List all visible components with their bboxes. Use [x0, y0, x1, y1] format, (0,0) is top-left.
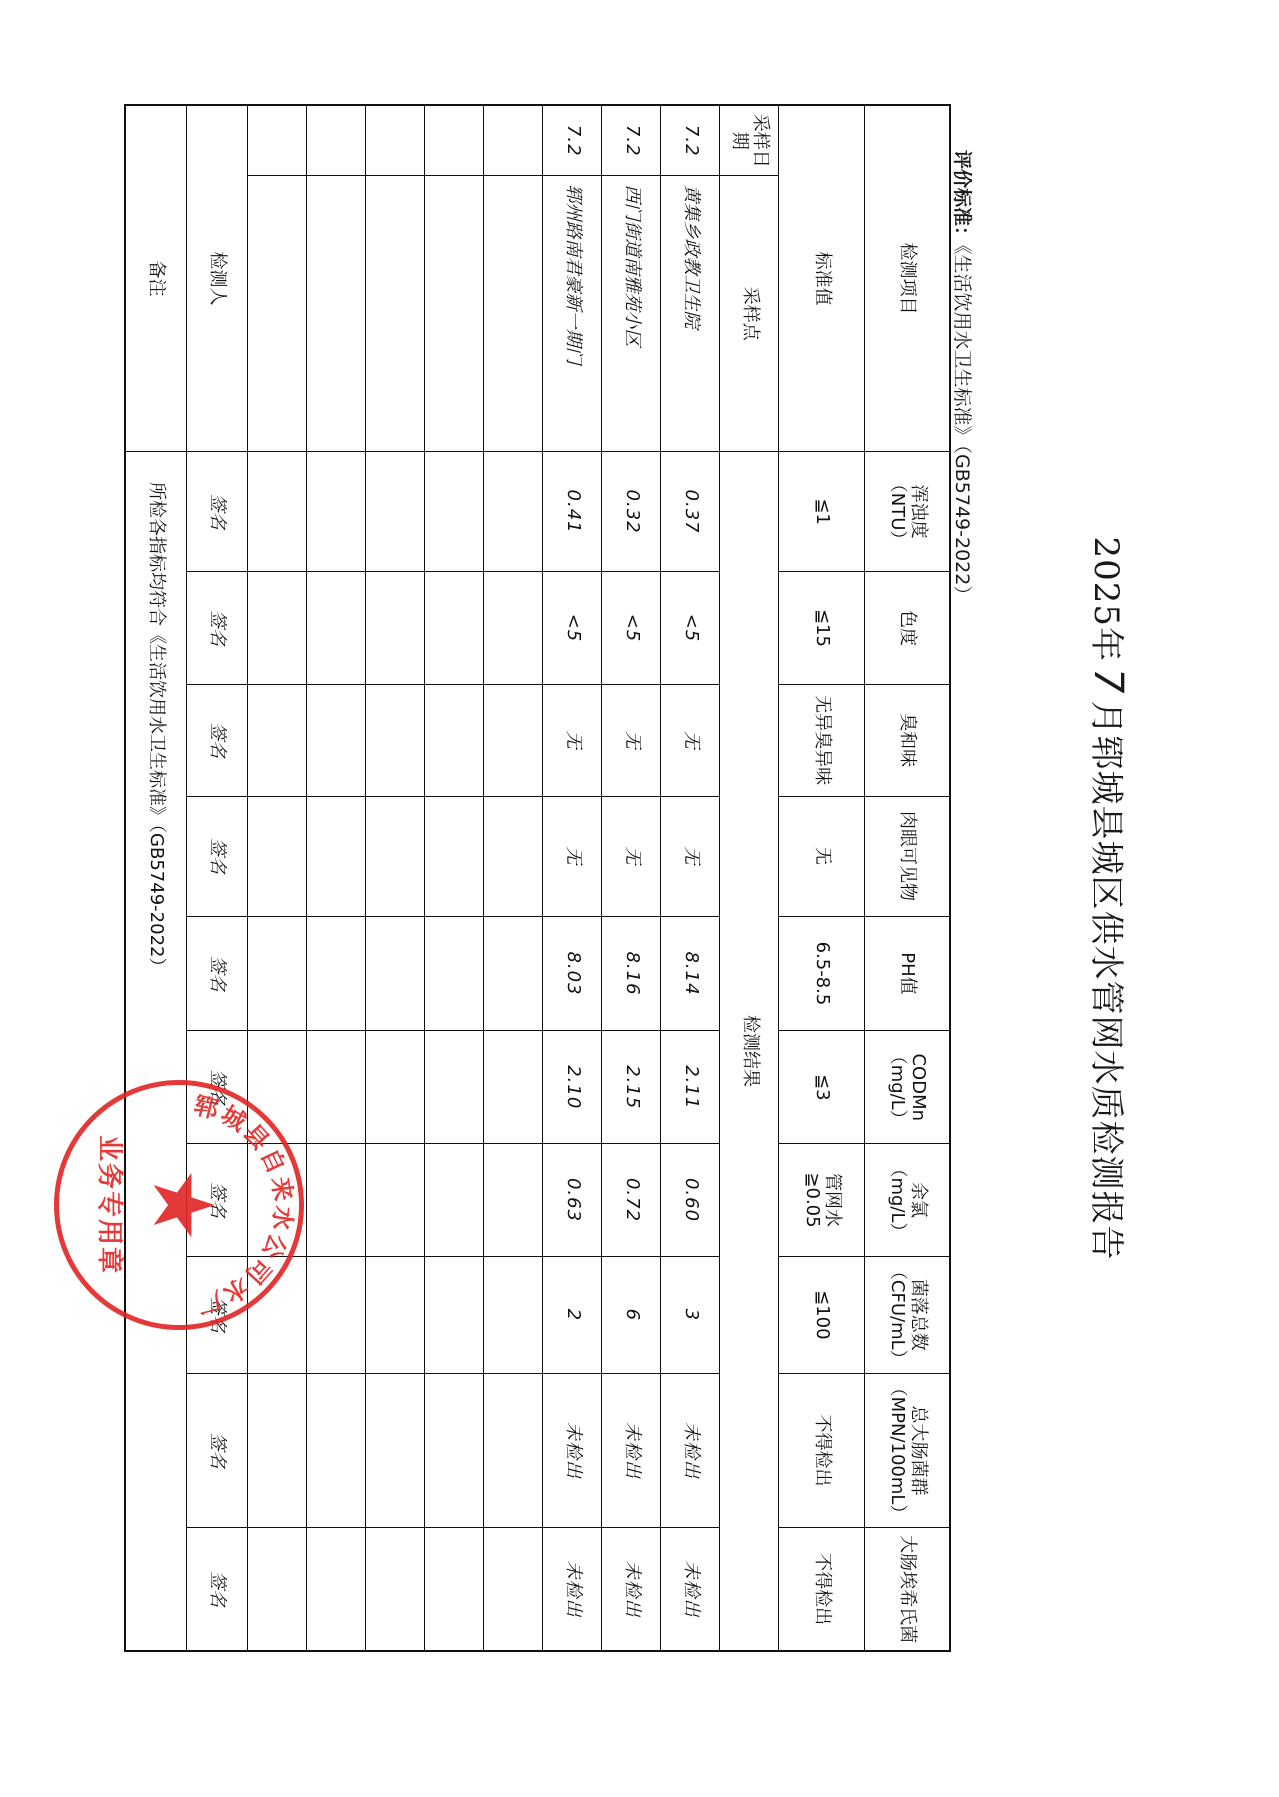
empty-cell: [484, 452, 543, 572]
criteria-label: 评价标准：: [951, 150, 973, 245]
empty-cell: [306, 176, 365, 452]
empty-cell: [247, 1031, 306, 1144]
empty-cell: [306, 796, 365, 916]
empty-cell: [306, 1031, 365, 1144]
empty-cell: [306, 916, 365, 1031]
standard-value: ≦15: [779, 572, 865, 685]
sample-date: 7.2: [602, 105, 661, 176]
column-header: 肉眼可见物: [864, 796, 950, 916]
sample-date: 7.2: [543, 105, 602, 176]
result-value: 2.11: [661, 1031, 720, 1144]
empty-cell: [425, 176, 484, 452]
empty-row: [306, 105, 365, 1651]
sample-point: 黄集乡政教卫生院: [661, 176, 720, 452]
standard-value: 不得检出: [779, 1528, 865, 1651]
empty-cell: [247, 684, 306, 796]
empty-cell: [306, 105, 365, 176]
empty-cell: [484, 105, 543, 176]
empty-cell: [425, 1256, 484, 1373]
empty-cell: [306, 1144, 365, 1257]
result-value: 0.72: [602, 1144, 661, 1257]
inspector-label: 检测人: [186, 105, 247, 452]
result-value: 未检出: [543, 1528, 602, 1651]
empty-cell: [425, 1031, 484, 1144]
empty-cell: [247, 796, 306, 916]
empty-cell: [365, 1031, 424, 1144]
empty-cell: [484, 1144, 543, 1257]
empty-row: [247, 105, 306, 1651]
column-header: 大肠埃希氏菌: [864, 1528, 950, 1651]
empty-cell: [365, 1144, 424, 1257]
result-value: 0.60: [661, 1144, 720, 1257]
empty-cell: [425, 572, 484, 685]
empty-cell: [425, 452, 484, 572]
empty-cell: [306, 572, 365, 685]
inspector-signature: 签名: [186, 572, 247, 685]
empty-row: [484, 105, 543, 1651]
empty-cell: [425, 1144, 484, 1257]
standard-value: 无: [779, 796, 865, 916]
empty-cell: [365, 916, 424, 1031]
empty-cell: [365, 1256, 424, 1373]
empty-cell: [484, 1031, 543, 1144]
header-row-items: 检测项目浑浊度（NTU）色度臭和味肉眼可见物PH值CODMn（mg/L）余氯（m…: [864, 105, 950, 1651]
remark-row: 备注所检各指标均符合《生活饮用水卫生标准》（GB5749-2022）: [125, 105, 186, 1651]
header-row-standards: 标准值≦1≦15无异臭异味无6.5-8.5≦3管网水≧0.05≦100不得检出不…: [779, 105, 865, 1651]
title-text: 月郓城县城区供水管网水质检测报告: [1086, 700, 1126, 1260]
report-title: 2025年7月郓城县城区供水管网水质检测报告: [1085, 0, 1134, 1797]
inspector-signature: 签名: [186, 1031, 247, 1144]
empty-cell: [365, 452, 424, 572]
empty-cell: [306, 1528, 365, 1651]
result-value: 无: [543, 684, 602, 796]
column-header: 色度: [864, 572, 950, 685]
result-value: 未检出: [661, 1528, 720, 1651]
column-header: 浑浊度（NTU）: [864, 452, 950, 572]
standard-value: ≦1: [779, 452, 865, 572]
empty-cell: [484, 684, 543, 796]
empty-cell: [484, 176, 543, 452]
title-month-handwritten: 7: [1085, 668, 1131, 694]
empty-cell: [484, 796, 543, 916]
empty-cell: [484, 572, 543, 685]
empty-cell: [247, 1528, 306, 1651]
inspector-signature: 签名: [186, 1528, 247, 1651]
column-header: 菌落总数（CFU/mL）: [864, 1256, 950, 1373]
criteria-value: 《生活饮用水卫生标准》（GB5749-2022）: [951, 245, 973, 604]
empty-cell: [247, 916, 306, 1031]
header-row-sampling: 采样日期采样点检测结果: [720, 105, 779, 1651]
column-header: CODMn（mg/L）: [864, 1031, 950, 1144]
table-row: 7.2西门街道南雅苑小区0.32<5无无8.162.150.726未检出未检出: [602, 105, 661, 1651]
standard-value: ≦100: [779, 1256, 865, 1373]
result-value: 2.10: [543, 1031, 602, 1144]
empty-cell: [247, 1373, 306, 1527]
evaluation-criteria: 评价标准：《生活饮用水卫生标准》（GB5749-2022）: [950, 150, 977, 604]
sample-point: 郓州路南君豪新一期门: [543, 176, 602, 452]
standard-value: 6.5-8.5: [779, 916, 865, 1031]
result-value: 8.14: [661, 916, 720, 1031]
empty-cell: [365, 105, 424, 176]
item-label-cell: 检测项目: [864, 105, 950, 452]
inspector-signature: 签名: [186, 684, 247, 796]
result-value: 2: [543, 1256, 602, 1373]
empty-cell: [484, 916, 543, 1031]
water-quality-table: 检测项目浑浊度（NTU）色度臭和味肉眼可见物PH值CODMn（mg/L）余氯（m…: [124, 104, 951, 1652]
result-value: 未检出: [602, 1528, 661, 1651]
empty-cell: [365, 1528, 424, 1651]
result-value: 0.37: [661, 452, 720, 572]
result-value: 0.32: [602, 452, 661, 572]
table-row: 7.2郓州路南君豪新一期门0.41<5无无8.032.100.632未检出未检出: [543, 105, 602, 1651]
empty-cell: [484, 1256, 543, 1373]
empty-cell: [425, 105, 484, 176]
result-value: 6: [602, 1256, 661, 1373]
title-year: 2025年: [1086, 537, 1126, 663]
empty-cell: [365, 684, 424, 796]
inspector-signature: 签名: [186, 452, 247, 572]
empty-cell: [484, 1373, 543, 1527]
result-value: 3: [661, 1256, 720, 1373]
result-value: 未检出: [543, 1373, 602, 1527]
inspector-signature: 签名: [186, 916, 247, 1031]
remark-text: 所检各指标均符合《生活饮用水卫生标准》（GB5749-2022）: [125, 452, 186, 1651]
empty-cell: [425, 916, 484, 1031]
empty-cell: [247, 176, 306, 452]
empty-cell: [247, 452, 306, 572]
result-value: 0.63: [543, 1144, 602, 1257]
inspector-signature: 签名: [186, 1144, 247, 1257]
remark-label: 备注: [125, 105, 186, 452]
date-label-cell: 采样日期: [720, 105, 779, 176]
empty-cell: [247, 572, 306, 685]
result-value: 无: [602, 796, 661, 916]
empty-cell: [365, 796, 424, 916]
result-value: <5: [602, 572, 661, 685]
results-label-cell: 检测结果: [720, 452, 779, 1651]
inspector-signature: 签名: [186, 796, 247, 916]
result-value: 无: [543, 796, 602, 916]
standard-label-cell: 标准值: [779, 105, 865, 452]
empty-cell: [365, 1373, 424, 1527]
empty-cell: [247, 1256, 306, 1373]
empty-row: [425, 105, 484, 1651]
result-value: 8.16: [602, 916, 661, 1031]
empty-cell: [484, 1528, 543, 1651]
standard-value: 不得检出: [779, 1373, 865, 1527]
empty-cell: [425, 796, 484, 916]
empty-cell: [365, 572, 424, 685]
empty-cell: [365, 176, 424, 452]
empty-cell: [306, 684, 365, 796]
result-value: 未检出: [661, 1373, 720, 1527]
result-value: 无: [602, 684, 661, 796]
result-value: 无: [661, 684, 720, 796]
result-value: 0.41: [543, 452, 602, 572]
column-header: 臭和味: [864, 684, 950, 796]
point-label-cell: 采样点: [720, 176, 779, 452]
result-value: <5: [661, 572, 720, 685]
column-header: 余氯（mg/L）: [864, 1144, 950, 1257]
table-row: 7.2黄集乡政教卫生院0.37<5无无8.142.110.603未检出未检出: [661, 105, 720, 1651]
empty-cell: [306, 1256, 365, 1373]
empty-cell: [247, 105, 306, 176]
result-value: 无: [661, 796, 720, 916]
empty-row: [365, 105, 424, 1651]
sample-date: 7.2: [661, 105, 720, 176]
result-value: 2.15: [602, 1031, 661, 1144]
empty-cell: [306, 452, 365, 572]
column-header: PH值: [864, 916, 950, 1031]
result-value: <5: [543, 572, 602, 685]
empty-cell: [306, 1373, 365, 1527]
column-header: 总大肠菌群（MPN/100mL）: [864, 1373, 950, 1527]
sample-point: 西门街道南雅苑小区: [602, 176, 661, 452]
inspector-signature: 签名: [186, 1373, 247, 1527]
empty-cell: [425, 1373, 484, 1527]
inspector-signature: 签名: [186, 1256, 247, 1373]
standard-value: ≦3: [779, 1031, 865, 1144]
empty-cell: [425, 684, 484, 796]
result-value: 未检出: [602, 1373, 661, 1527]
empty-cell: [247, 1144, 306, 1257]
inspector-row: 检测人签名签名签名签名签名签名签名签名签名签名: [186, 105, 247, 1651]
standard-value: 管网水≧0.05: [779, 1144, 865, 1257]
standard-value: 无异臭异味: [779, 684, 865, 796]
result-value: 8.03: [543, 916, 602, 1031]
empty-cell: [425, 1528, 484, 1651]
report-sheet: 2025年7月郓城县城区供水管网水质检测报告 评价标准：《生活饮用水卫生标准》（…: [0, 0, 1279, 1797]
